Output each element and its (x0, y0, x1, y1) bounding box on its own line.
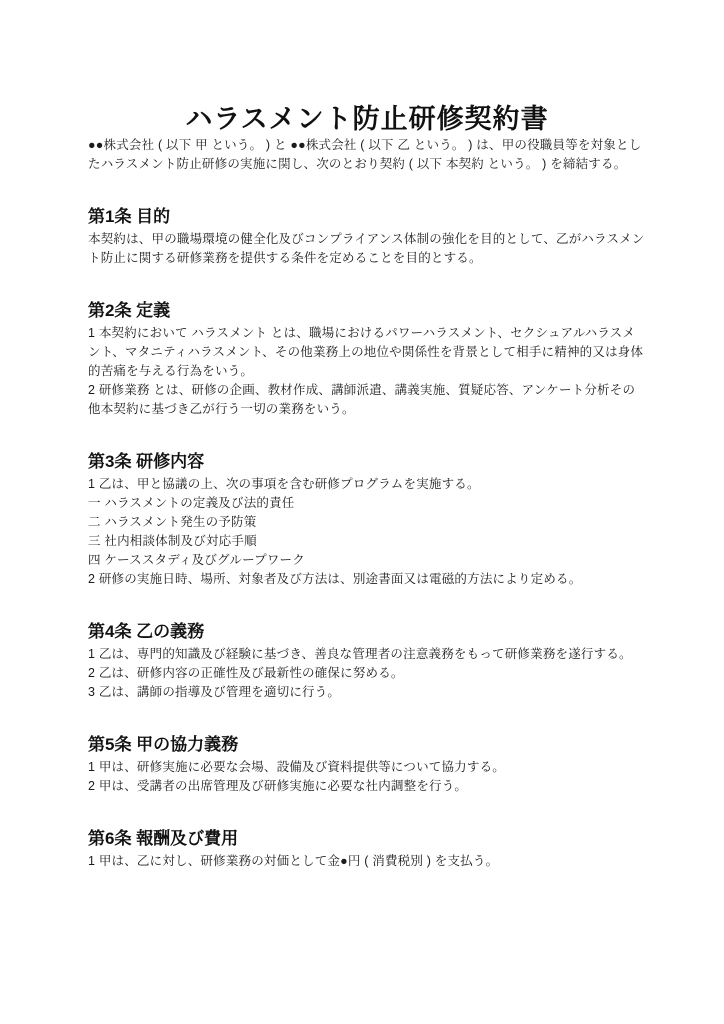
section-heading: 第3条 研修内容 (88, 451, 646, 472)
section-paragraph: 一 ハラスメントの定義及び法的責任 (88, 494, 646, 513)
sections-container: 第1条 目的 本契約は、甲の職場環境の健全化及びコンプライアンス体制の強化を目的… (88, 206, 646, 871)
section-paragraph: 2 研修の実施日時、場所、対象者及び方法は、別途書面又は電磁的方法により定める。 (88, 570, 646, 589)
contract-section: 第2条 定義 1 本契約において ハラスメント とは、職場におけるパワーハラスメ… (88, 300, 646, 419)
section-paragraph: 1 乙は、専門的知識及び経験に基づき、善良な管理者の注意義務をもって研修業務を遂… (88, 645, 646, 664)
section-paragraph: 三 社内相談体制及び対応手順 (88, 532, 646, 551)
section-paragraph: 2 乙は、研修内容の正確性及び最新性の確保に努める。 (88, 664, 646, 683)
contract-document-page: ハラスメント防止研修契約書 ●●株式会社 ( 以下 甲 という。 ) と ●●株… (0, 0, 724, 1024)
document-title: ハラスメント防止研修契約書 (88, 102, 646, 136)
section-paragraph: 二 ハラスメント発生の予防策 (88, 513, 646, 532)
section-paragraph: 1 甲は、研修実施に必要な会場、設備及び資料提供等について協力する。 (88, 758, 646, 777)
section-heading: 第2条 定義 (88, 300, 646, 321)
section-heading: 第6条 報酬及び費用 (88, 828, 646, 849)
section-heading: 第1条 目的 (88, 206, 646, 227)
section-paragraph: 2 研修業務 とは、研修の企画、教材作成、講師派遣、講義実施、質疑応答、アンケー… (88, 381, 646, 419)
section-paragraph: 1 本契約において ハラスメント とは、職場におけるパワーハラスメント、セクシュ… (88, 324, 646, 381)
contract-section: 第1条 目的 本契約は、甲の職場環境の健全化及びコンプライアンス体制の強化を目的… (88, 206, 646, 268)
section-paragraph: 3 乙は、講師の指導及び管理を適切に行う。 (88, 683, 646, 702)
section-paragraph: 1 甲は、乙に対し、研修業務の対価として金●円 ( 消費税別 ) を支払う。 (88, 852, 646, 871)
section-paragraph: 本契約は、甲の職場環境の健全化及びコンプライアンス体制の強化を目的として、乙がハ… (88, 230, 646, 268)
section-paragraph: 2 甲は、受講者の出席管理及び研修実施に必要な社内調整を行う。 (88, 777, 646, 796)
contract-section: 第6条 報酬及び費用 1 甲は、乙に対し、研修業務の対価として金●円 ( 消費税… (88, 828, 646, 871)
intro-paragraph: ●●株式会社 ( 以下 甲 という。 ) と ●●株式会社 ( 以下 乙 という… (88, 136, 646, 174)
section-paragraph: 四 ケーススタディ及びグループワーク (88, 551, 646, 570)
contract-section: 第5条 甲の協力義務 1 甲は、研修実施に必要な会場、設備及び資料提供等について… (88, 734, 646, 796)
section-paragraph: 1 乙は、甲と協議の上、次の事項を含む研修プログラムを実施する。 (88, 475, 646, 494)
contract-section: 第3条 研修内容 1 乙は、甲と協議の上、次の事項を含む研修プログラムを実施する… (88, 451, 646, 589)
section-heading: 第5条 甲の協力義務 (88, 734, 646, 755)
contract-section: 第4条 乙の義務 1 乙は、専門的知識及び経験に基づき、善良な管理者の注意義務を… (88, 621, 646, 702)
section-heading: 第4条 乙の義務 (88, 621, 646, 642)
